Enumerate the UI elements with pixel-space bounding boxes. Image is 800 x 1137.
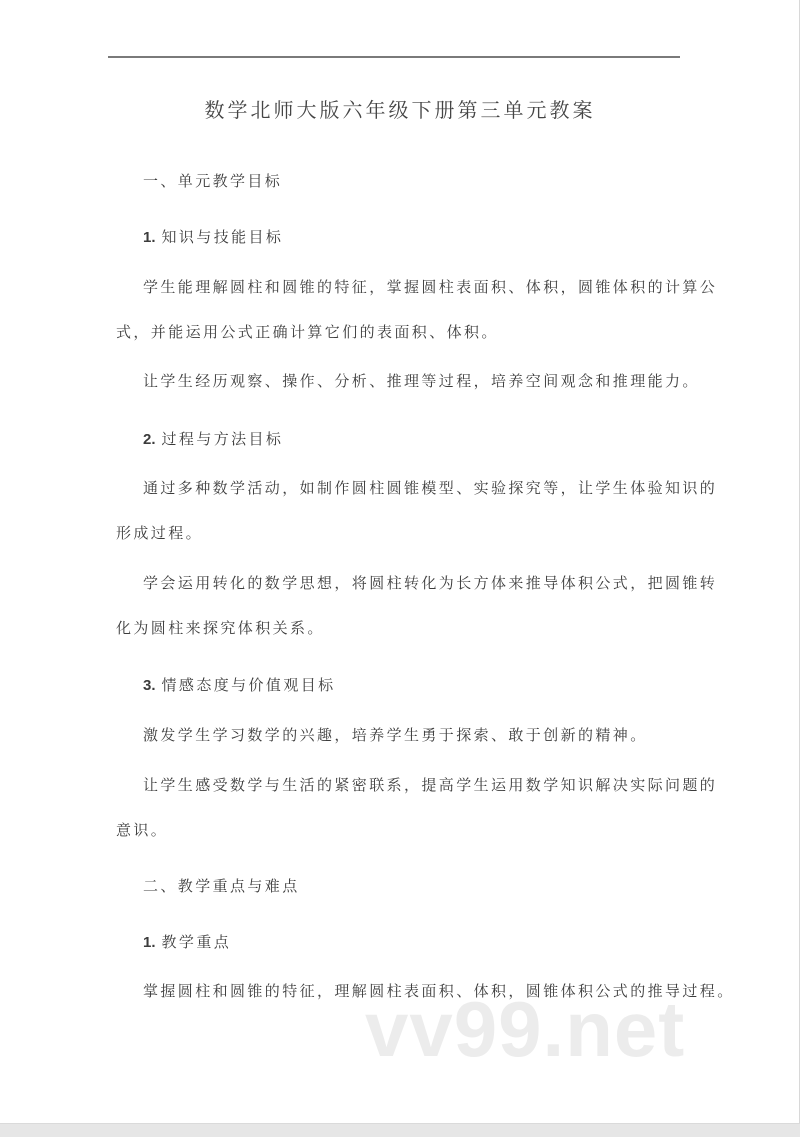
subheading-attitudes-values: 3.情感态度与价值观目标 bbox=[143, 674, 336, 695]
subheading-knowledge-skills: 1.知识与技能目标 bbox=[143, 226, 283, 247]
subheading-number: 3. bbox=[143, 677, 156, 694]
header-rule bbox=[108, 56, 680, 58]
paragraph-line: 意识。 bbox=[116, 819, 168, 840]
paragraph-line: 学生能理解圆柱和圆锥的特征，掌握圆柱表面积、体积，圆锥体积的计算公 bbox=[143, 276, 717, 297]
section-heading-key-points: 二、教学重点与难点 bbox=[143, 875, 300, 896]
subheading-text: 教学重点 bbox=[162, 933, 232, 951]
paragraph-line: 让学生经历观察、操作、分析、推理等过程，培养空间观念和推理能力。 bbox=[143, 370, 700, 391]
paragraph-line: 通过多种数学活动，如制作圆柱圆锥模型、实验探究等，让学生体验知识的 bbox=[143, 477, 717, 498]
paragraph-line: 式，并能运用公式正确计算它们的表面积、体积。 bbox=[116, 321, 499, 342]
document-title: 数学北师大版六年级下册第三单元教案 bbox=[0, 94, 800, 123]
paragraph-line: 让学生感受数学与生活的紧密联系，提高学生运用数学知识解决实际问题的 bbox=[143, 774, 717, 795]
page-bottom-band bbox=[0, 1123, 800, 1137]
subheading-text: 过程与方法目标 bbox=[162, 430, 284, 448]
watermark: vv99.net bbox=[365, 990, 685, 1068]
subheading-text: 知识与技能目标 bbox=[162, 228, 284, 246]
subheading-number: 1. bbox=[143, 229, 156, 246]
document-page: 数学北师大版六年级下册第三单元教案 一、单元教学目标 1.知识与技能目标 学生能… bbox=[0, 0, 800, 1123]
paragraph-line: 形成过程。 bbox=[116, 522, 203, 543]
subheading-number: 2. bbox=[143, 431, 156, 448]
subheading-text: 情感态度与价值观目标 bbox=[162, 676, 336, 694]
paragraph-line: 激发学生学习数学的兴趣，培养学生勇于探索、敢于创新的精神。 bbox=[143, 724, 648, 745]
paragraph-line: 化为圆柱来探究体积关系。 bbox=[116, 617, 325, 638]
subheading-teaching-focus: 1.教学重点 bbox=[143, 931, 231, 952]
paragraph-line: 学会运用转化的数学思想，将圆柱转化为长方体来推导体积公式，把圆锥转 bbox=[143, 572, 717, 593]
section-heading-unit-goals: 一、单元教学目标 bbox=[143, 170, 282, 191]
subheading-number: 1. bbox=[143, 934, 156, 951]
subheading-process-methods: 2.过程与方法目标 bbox=[143, 428, 283, 449]
